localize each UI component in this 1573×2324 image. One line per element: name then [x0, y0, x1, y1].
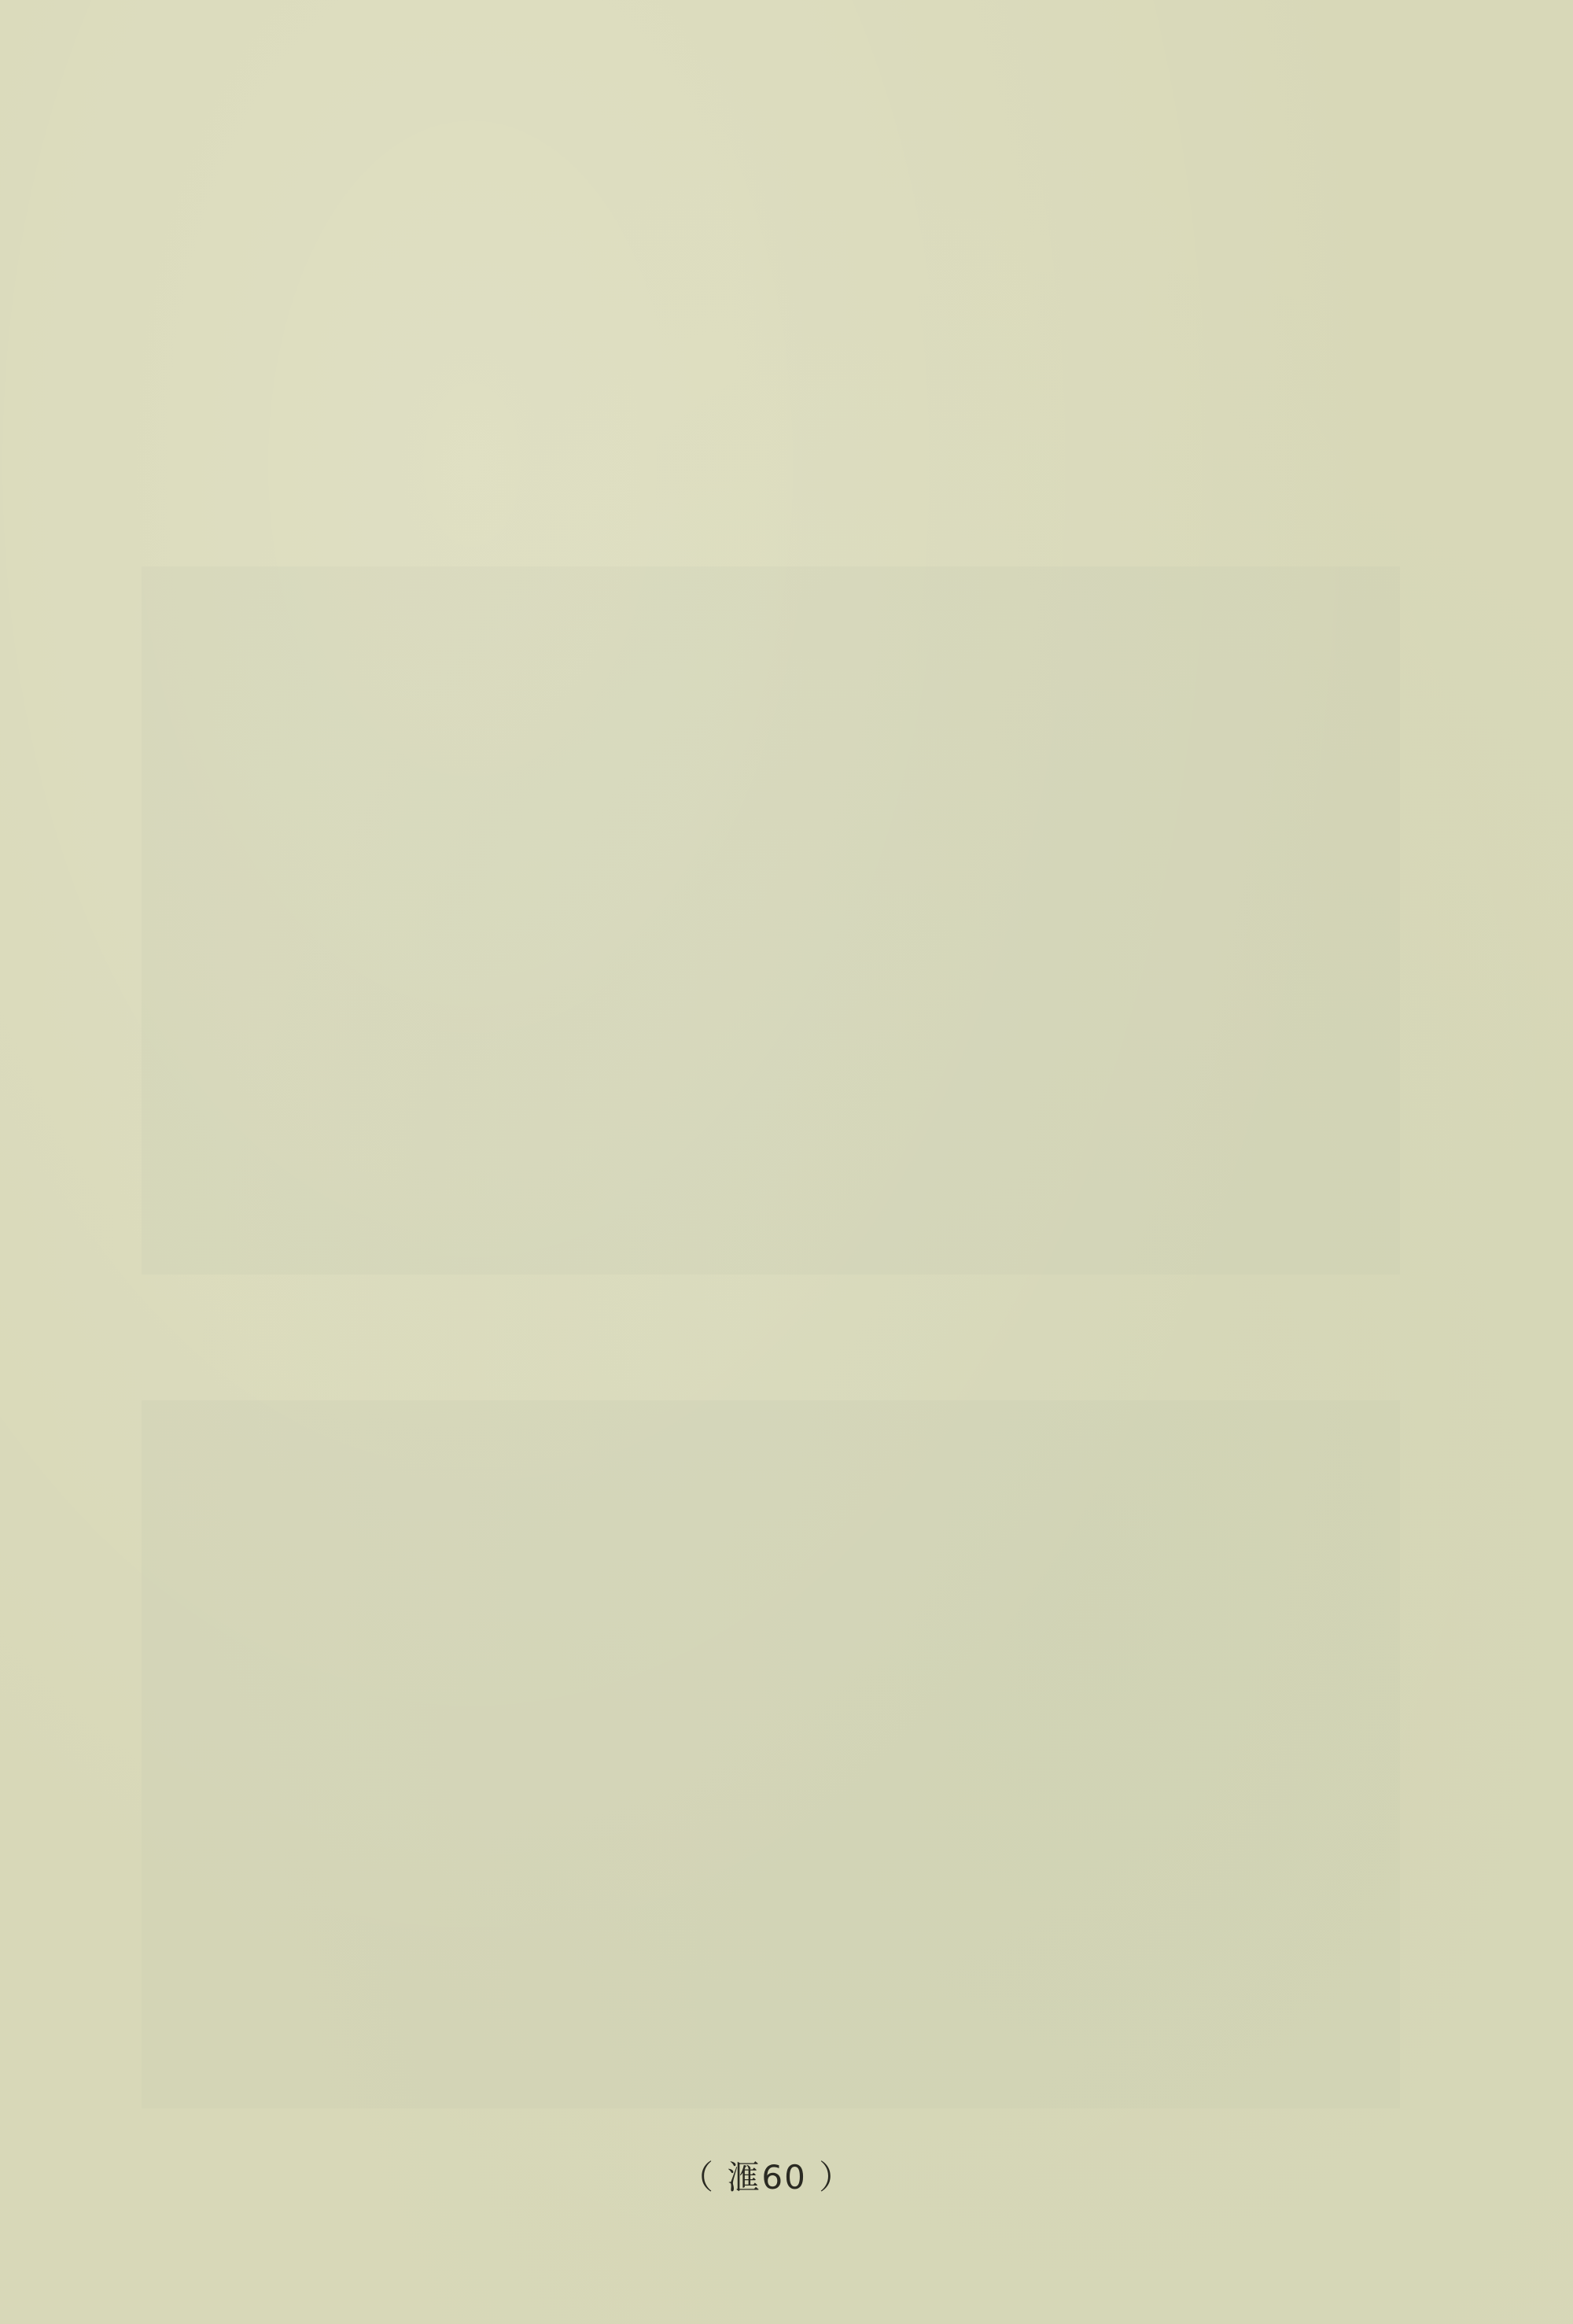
page-number: （ 滙60 ） [680, 2152, 853, 2199]
bleed-through-region [142, 566, 1400, 1275]
bleed-through-region [142, 1400, 1400, 2108]
